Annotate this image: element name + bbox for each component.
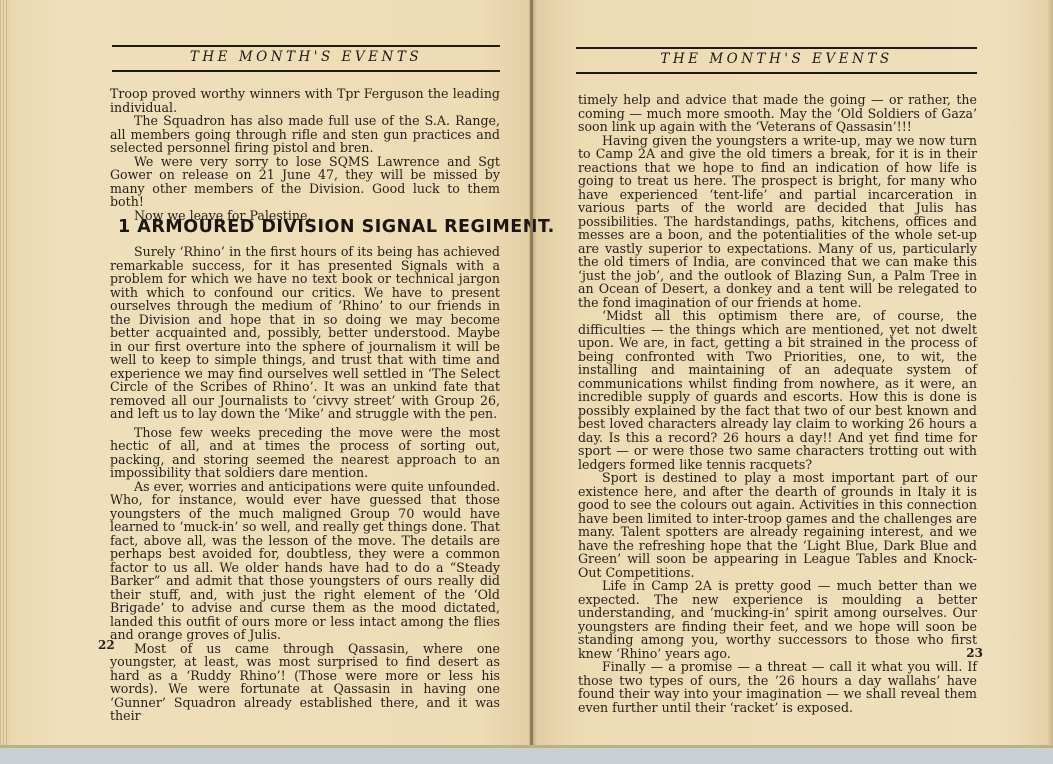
paragraph: Surely ‘Rhino’ in the first hours of its… [110,245,500,421]
paragraph: Life in Camp 2A is pretty good — much be… [578,579,977,660]
book-spread: THE MONTH'S EVENTS Troop proved worthy w… [0,0,1053,748]
header-rule-top [112,45,500,47]
article-body: Surely ‘Rhino’ in the first hours of its… [110,245,500,723]
paragraph: ‘Midst all this optimism there are, of c… [578,309,977,471]
page-bottom-edge [0,745,1053,748]
paragraph: Sport is destined to play a most importa… [578,471,977,579]
paragraph: Those few weeks preceding the move were … [110,426,500,480]
running-header: THE MONTH'S EVENTS [112,45,500,75]
paragraph: The Squadron has also made full use of t… [110,114,500,155]
article-body: timely help and advice that made the goi… [578,93,977,714]
running-head-title: THE MONTH'S EVENTS [576,51,977,67]
running-header: THE MONTH'S EVENTS [576,47,977,77]
page-number: 22 [98,638,115,652]
opening-text: Troop proved worthy winners with Tpr Fer… [110,87,500,222]
paragraph: As ever, worries and anticipations were … [110,480,500,642]
running-head-title: THE MONTH'S EVENTS [112,49,500,65]
paragraph: Most of us came through Qassasin, where … [110,642,500,723]
paragraph: Troop proved worthy winners with Tpr Fer… [110,87,500,114]
header-rule-bottom [112,70,500,72]
paragraph: timely help and advice that made the goi… [578,93,977,134]
book-spine [530,0,533,748]
header-rule-bottom [576,72,977,74]
page-number: 23 [966,646,983,660]
paragraph: Finally — a promise — a threat — call it… [578,660,977,714]
paragraph: We were very sorry to lose SQMS Lawrence… [110,155,500,209]
header-rule-top [576,47,977,49]
page-edges [0,0,8,745]
right-page: THE MONTH'S EVENTS timely help and advic… [572,0,977,748]
section-heading: 1 ARMOURED DIVISION SIGNAL REGIMENT. [118,217,500,237]
paragraph: Having given the youngsters a write-up, … [578,134,977,310]
left-page: THE MONTH'S EVENTS Troop proved worthy w… [100,0,500,748]
